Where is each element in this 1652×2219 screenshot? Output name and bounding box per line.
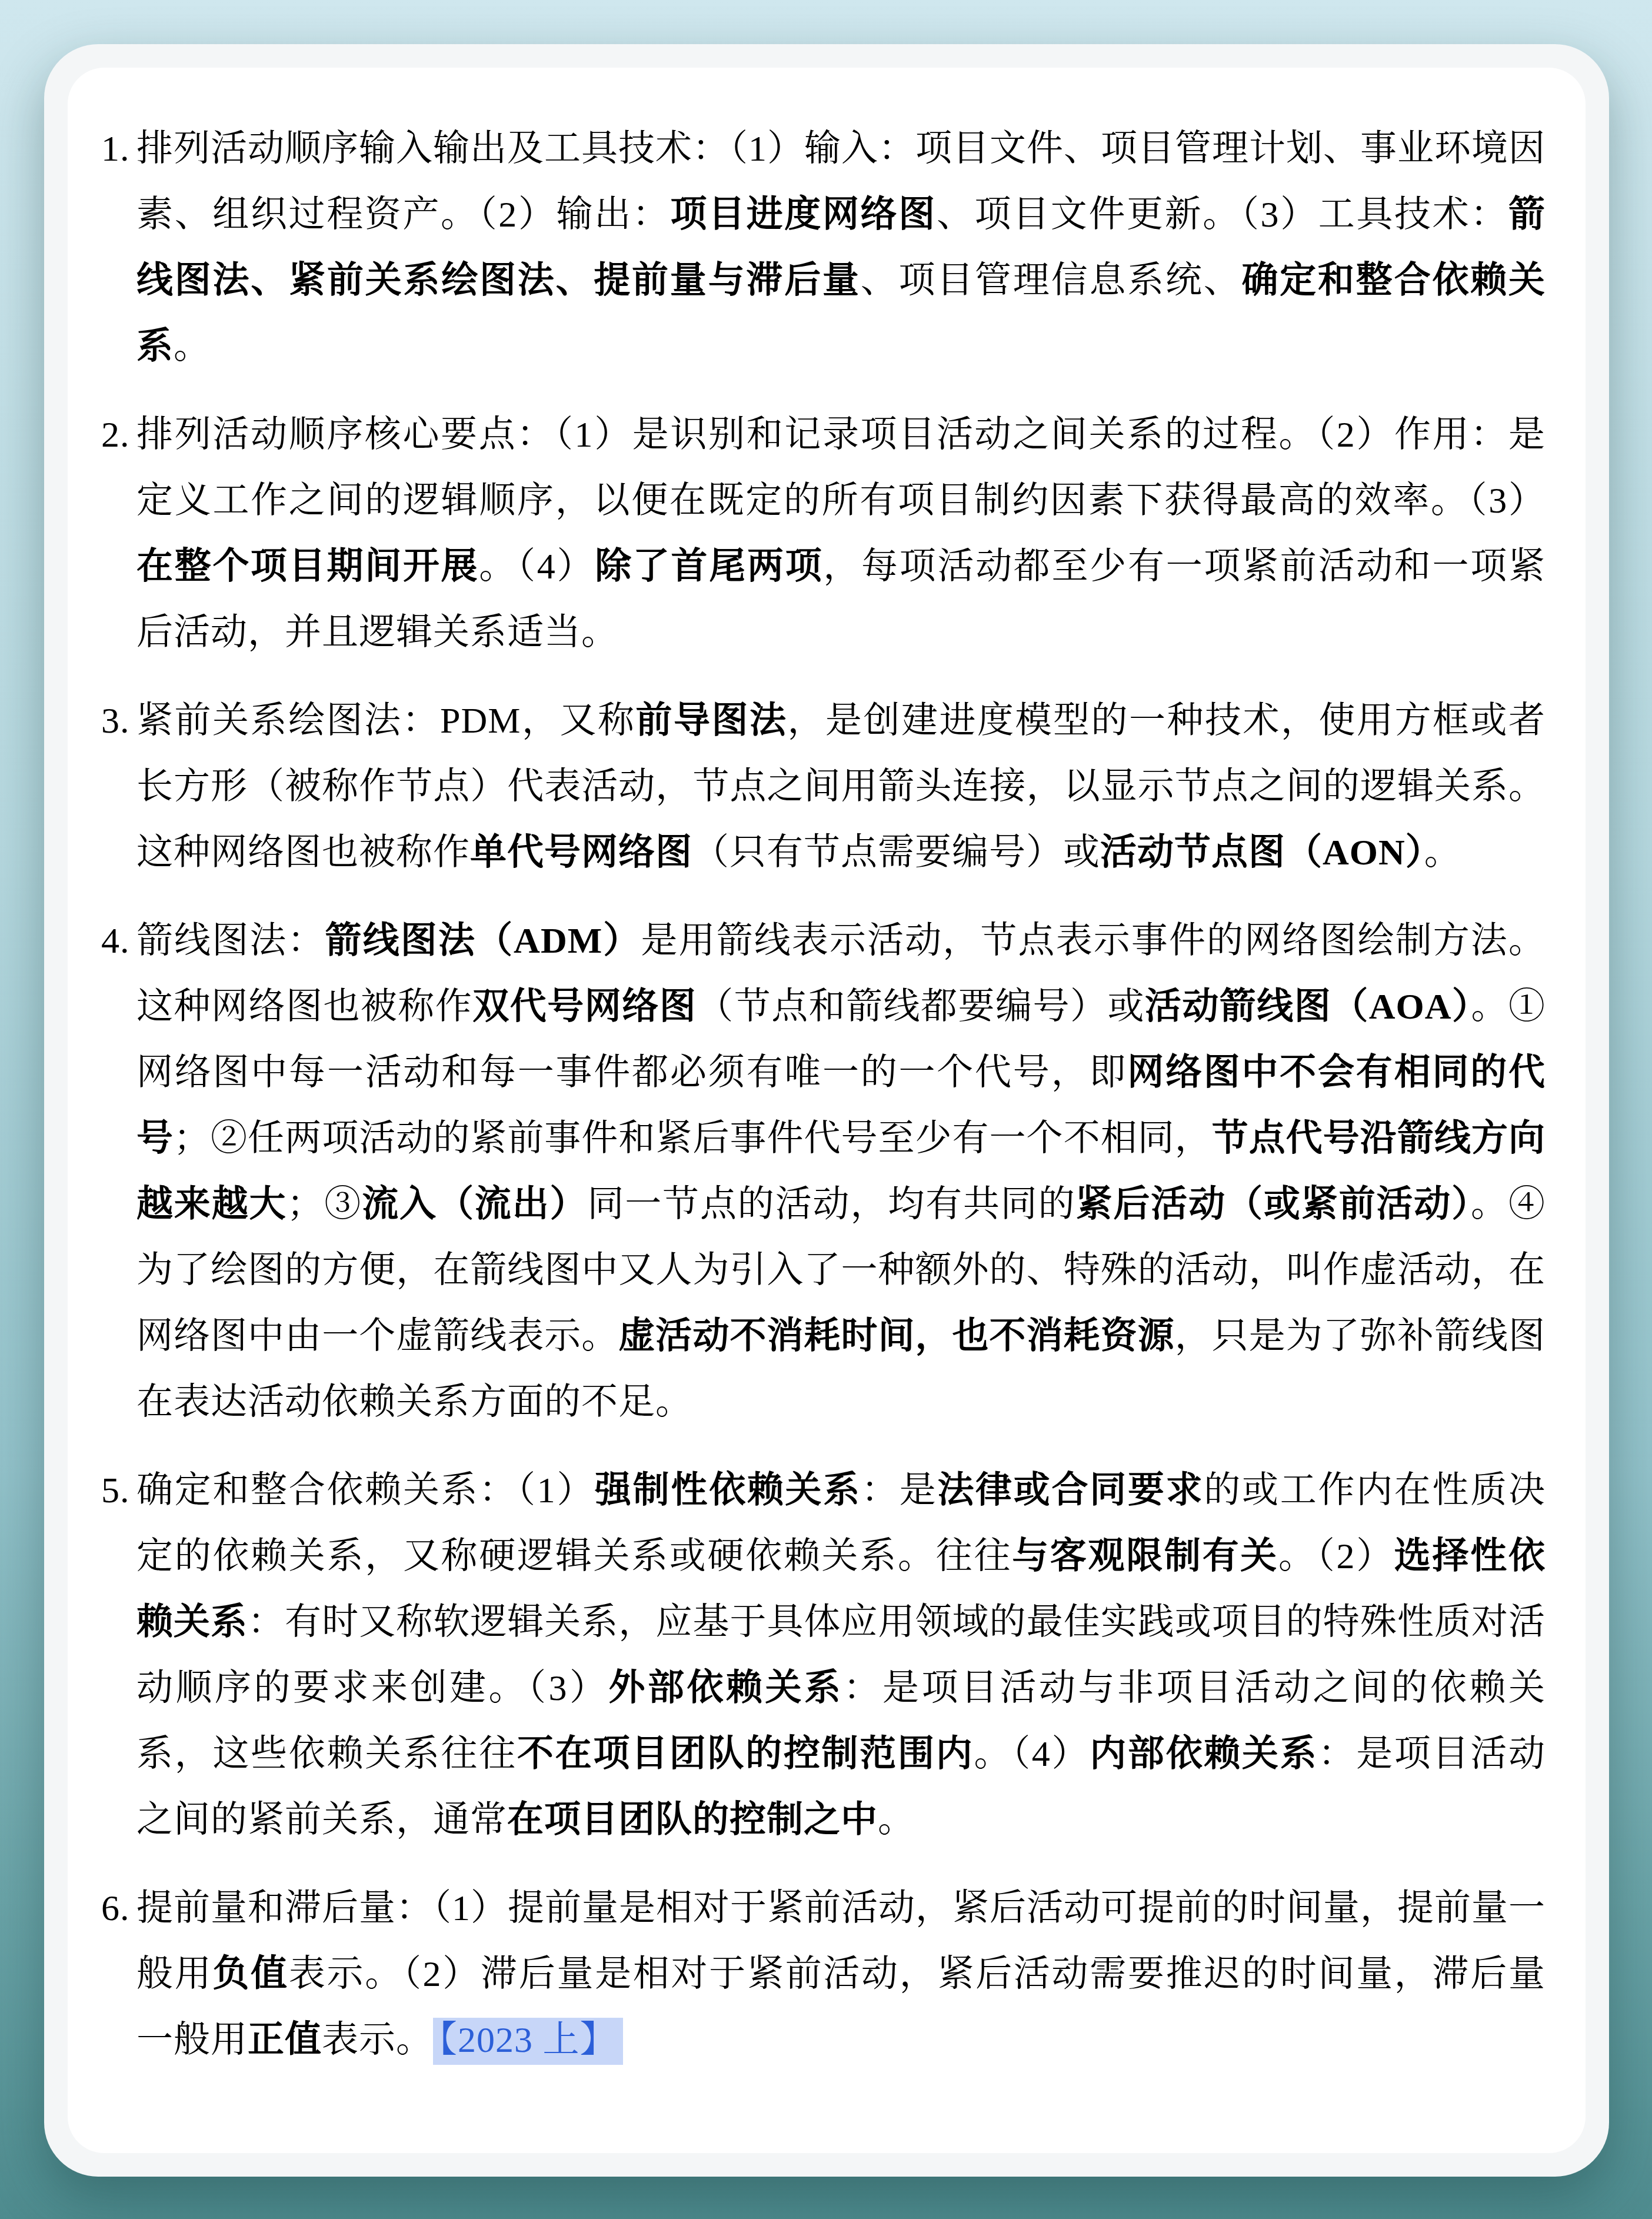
list-item: 4. 箭线图法：箭线图法（ADM）是用箭线表示活动，节点表示事件的网络图绘制方法… bbox=[101, 908, 1546, 1435]
list-item: 5. 确定和整合依赖关系：（1）强制性依赖关系：是法律或合同要求的或工作内在性质… bbox=[101, 1458, 1546, 1853]
text-run: 排列活动顺序核心要点：（1）是识别和记录项目活动之间关系的过程。（2）作用：是定… bbox=[136, 415, 1546, 521]
bold-text-run: 双代号网络图 bbox=[472, 987, 697, 1027]
text-run: （只有节点需要编号）或 bbox=[692, 833, 1100, 873]
bold-text-run: 紧后活动（或紧前活动） bbox=[1076, 1185, 1471, 1225]
item-text: 箭线图法：箭线图法（ADM）是用箭线表示活动，节点表示事件的网络图绘制方法。这种… bbox=[136, 908, 1546, 1435]
bold-text-run: 流入（流出） bbox=[362, 1185, 587, 1225]
text-run: 表示。 bbox=[322, 2020, 433, 2060]
item-number: 1. bbox=[101, 116, 136, 380]
bold-text-run: 负值 bbox=[212, 1954, 288, 1994]
item-text: 紧前关系绘图法：PDM，又称前导图法，是创建进度模型的一种技术，使用方框或者长方… bbox=[136, 688, 1546, 886]
bold-text-run: 箭线图法（ADM） bbox=[325, 921, 641, 961]
text-run: 、项目文件更新。（3）工具技术： bbox=[937, 195, 1508, 235]
bold-text-run: 项目进度网络图 bbox=[670, 195, 936, 235]
bold-text-run: 正值 bbox=[248, 2020, 322, 2060]
list-item: 6. 提前量和滞后量：（1）提前量是相对于紧前活动，紧后活动可提前的时间量，提前… bbox=[101, 1875, 1546, 2073]
text-run: 。（4） bbox=[974, 1734, 1090, 1774]
text-run: 箭线图法： bbox=[136, 921, 325, 961]
text-run: ；②任两项活动的紧前事件和紧后事件代号至少有一个不相同， bbox=[174, 1119, 1212, 1159]
text-run: 。 bbox=[1424, 833, 1461, 873]
bold-text-run: 活动箭线图（AOA） bbox=[1145, 987, 1471, 1027]
text-run: 。（4） bbox=[479, 547, 595, 587]
bold-text-run: 外部依赖关系 bbox=[608, 1668, 843, 1708]
text-run: 、项目管理信息系统、 bbox=[861, 261, 1242, 301]
exam-year-tag: 【2023 上】 bbox=[433, 2018, 623, 2065]
page-background: { "page": { "colors": { "bg_top": "#cfe7… bbox=[0, 0, 1652, 2219]
item-text: 排列活动顺序输入输出及工具技术：（1）输入：项目文件、项目管理计划、事业环境因素… bbox=[136, 116, 1546, 380]
bold-text-run: 强制性依赖关系 bbox=[595, 1471, 861, 1511]
list-item: 1. 排列活动顺序输入输出及工具技术：（1）输入：项目文件、项目管理计划、事业环… bbox=[101, 116, 1546, 380]
item-number: 5. bbox=[101, 1458, 136, 1853]
text-run: ；③ bbox=[287, 1185, 362, 1225]
item-text: 提前量和滞后量：（1）提前量是相对于紧前活动，紧后活动可提前的时间量，提前量一般… bbox=[136, 1875, 1546, 2073]
bold-text-run: 前导图法 bbox=[635, 701, 787, 741]
item-number: 3. bbox=[101, 688, 136, 886]
bold-text-run: 与客观限制有关 bbox=[1012, 1536, 1278, 1576]
bold-text-run: 在整个项目期间开展 bbox=[136, 547, 479, 587]
item-number: 6. bbox=[101, 1875, 136, 2073]
bold-text-run: 不在项目团队的控制范围内 bbox=[517, 1734, 974, 1774]
text-run: 。 bbox=[878, 1800, 915, 1840]
text-run: 确定和整合依赖关系：（1） bbox=[136, 1471, 595, 1511]
bold-text-run: 除了首尾两项 bbox=[595, 547, 823, 587]
text-run: 。 bbox=[174, 327, 211, 367]
notes-list: 1. 排列活动顺序输入输出及工具技术：（1）输入：项目文件、项目管理计划、事业环… bbox=[101, 116, 1546, 2073]
list-item: 2. 排列活动顺序核心要点：（1）是识别和记录项目活动之间关系的过程。（2）作用… bbox=[101, 402, 1546, 666]
text-run: 紧前关系绘图法：PDM，又称 bbox=[136, 701, 635, 741]
bold-text-run: 单代号网络图 bbox=[470, 833, 692, 873]
bold-text-run: 法律或合同要求 bbox=[937, 1471, 1204, 1511]
item-number: 4. bbox=[101, 908, 136, 1435]
bold-text-run: 内部依赖关系 bbox=[1090, 1734, 1318, 1774]
card-content: 1. 排列活动顺序输入输出及工具技术：（1）输入：项目文件、项目管理计划、事业环… bbox=[68, 68, 1586, 2153]
list-item: 3. 紧前关系绘图法：PDM，又称前导图法，是创建进度模型的一种技术，使用方框或… bbox=[101, 688, 1546, 886]
card-frame: 1. 排列活动顺序输入输出及工具技术：（1）输入：项目文件、项目管理计划、事业环… bbox=[44, 44, 1609, 2177]
item-number: 2. bbox=[101, 402, 136, 666]
item-text: 确定和整合依赖关系：（1）强制性依赖关系：是法律或合同要求的或工作内在性质决定的… bbox=[136, 1458, 1546, 1853]
text-run: （节点和箭线都要编号）或 bbox=[697, 987, 1145, 1027]
item-text: 排列活动顺序核心要点：（1）是识别和记录项目活动之间关系的过程。（2）作用：是定… bbox=[136, 402, 1546, 666]
bold-text-run: 活动节点图（AON） bbox=[1100, 833, 1424, 873]
bold-text-run: 虚活动不消耗时间，也不消耗资源 bbox=[618, 1316, 1174, 1356]
text-run: 同一节点的活动，均有共同的 bbox=[587, 1185, 1075, 1225]
text-run: ：是 bbox=[861, 1471, 937, 1511]
text-run: 。（2） bbox=[1278, 1536, 1394, 1576]
bold-text-run: 在项目团队的控制之中 bbox=[507, 1800, 878, 1840]
